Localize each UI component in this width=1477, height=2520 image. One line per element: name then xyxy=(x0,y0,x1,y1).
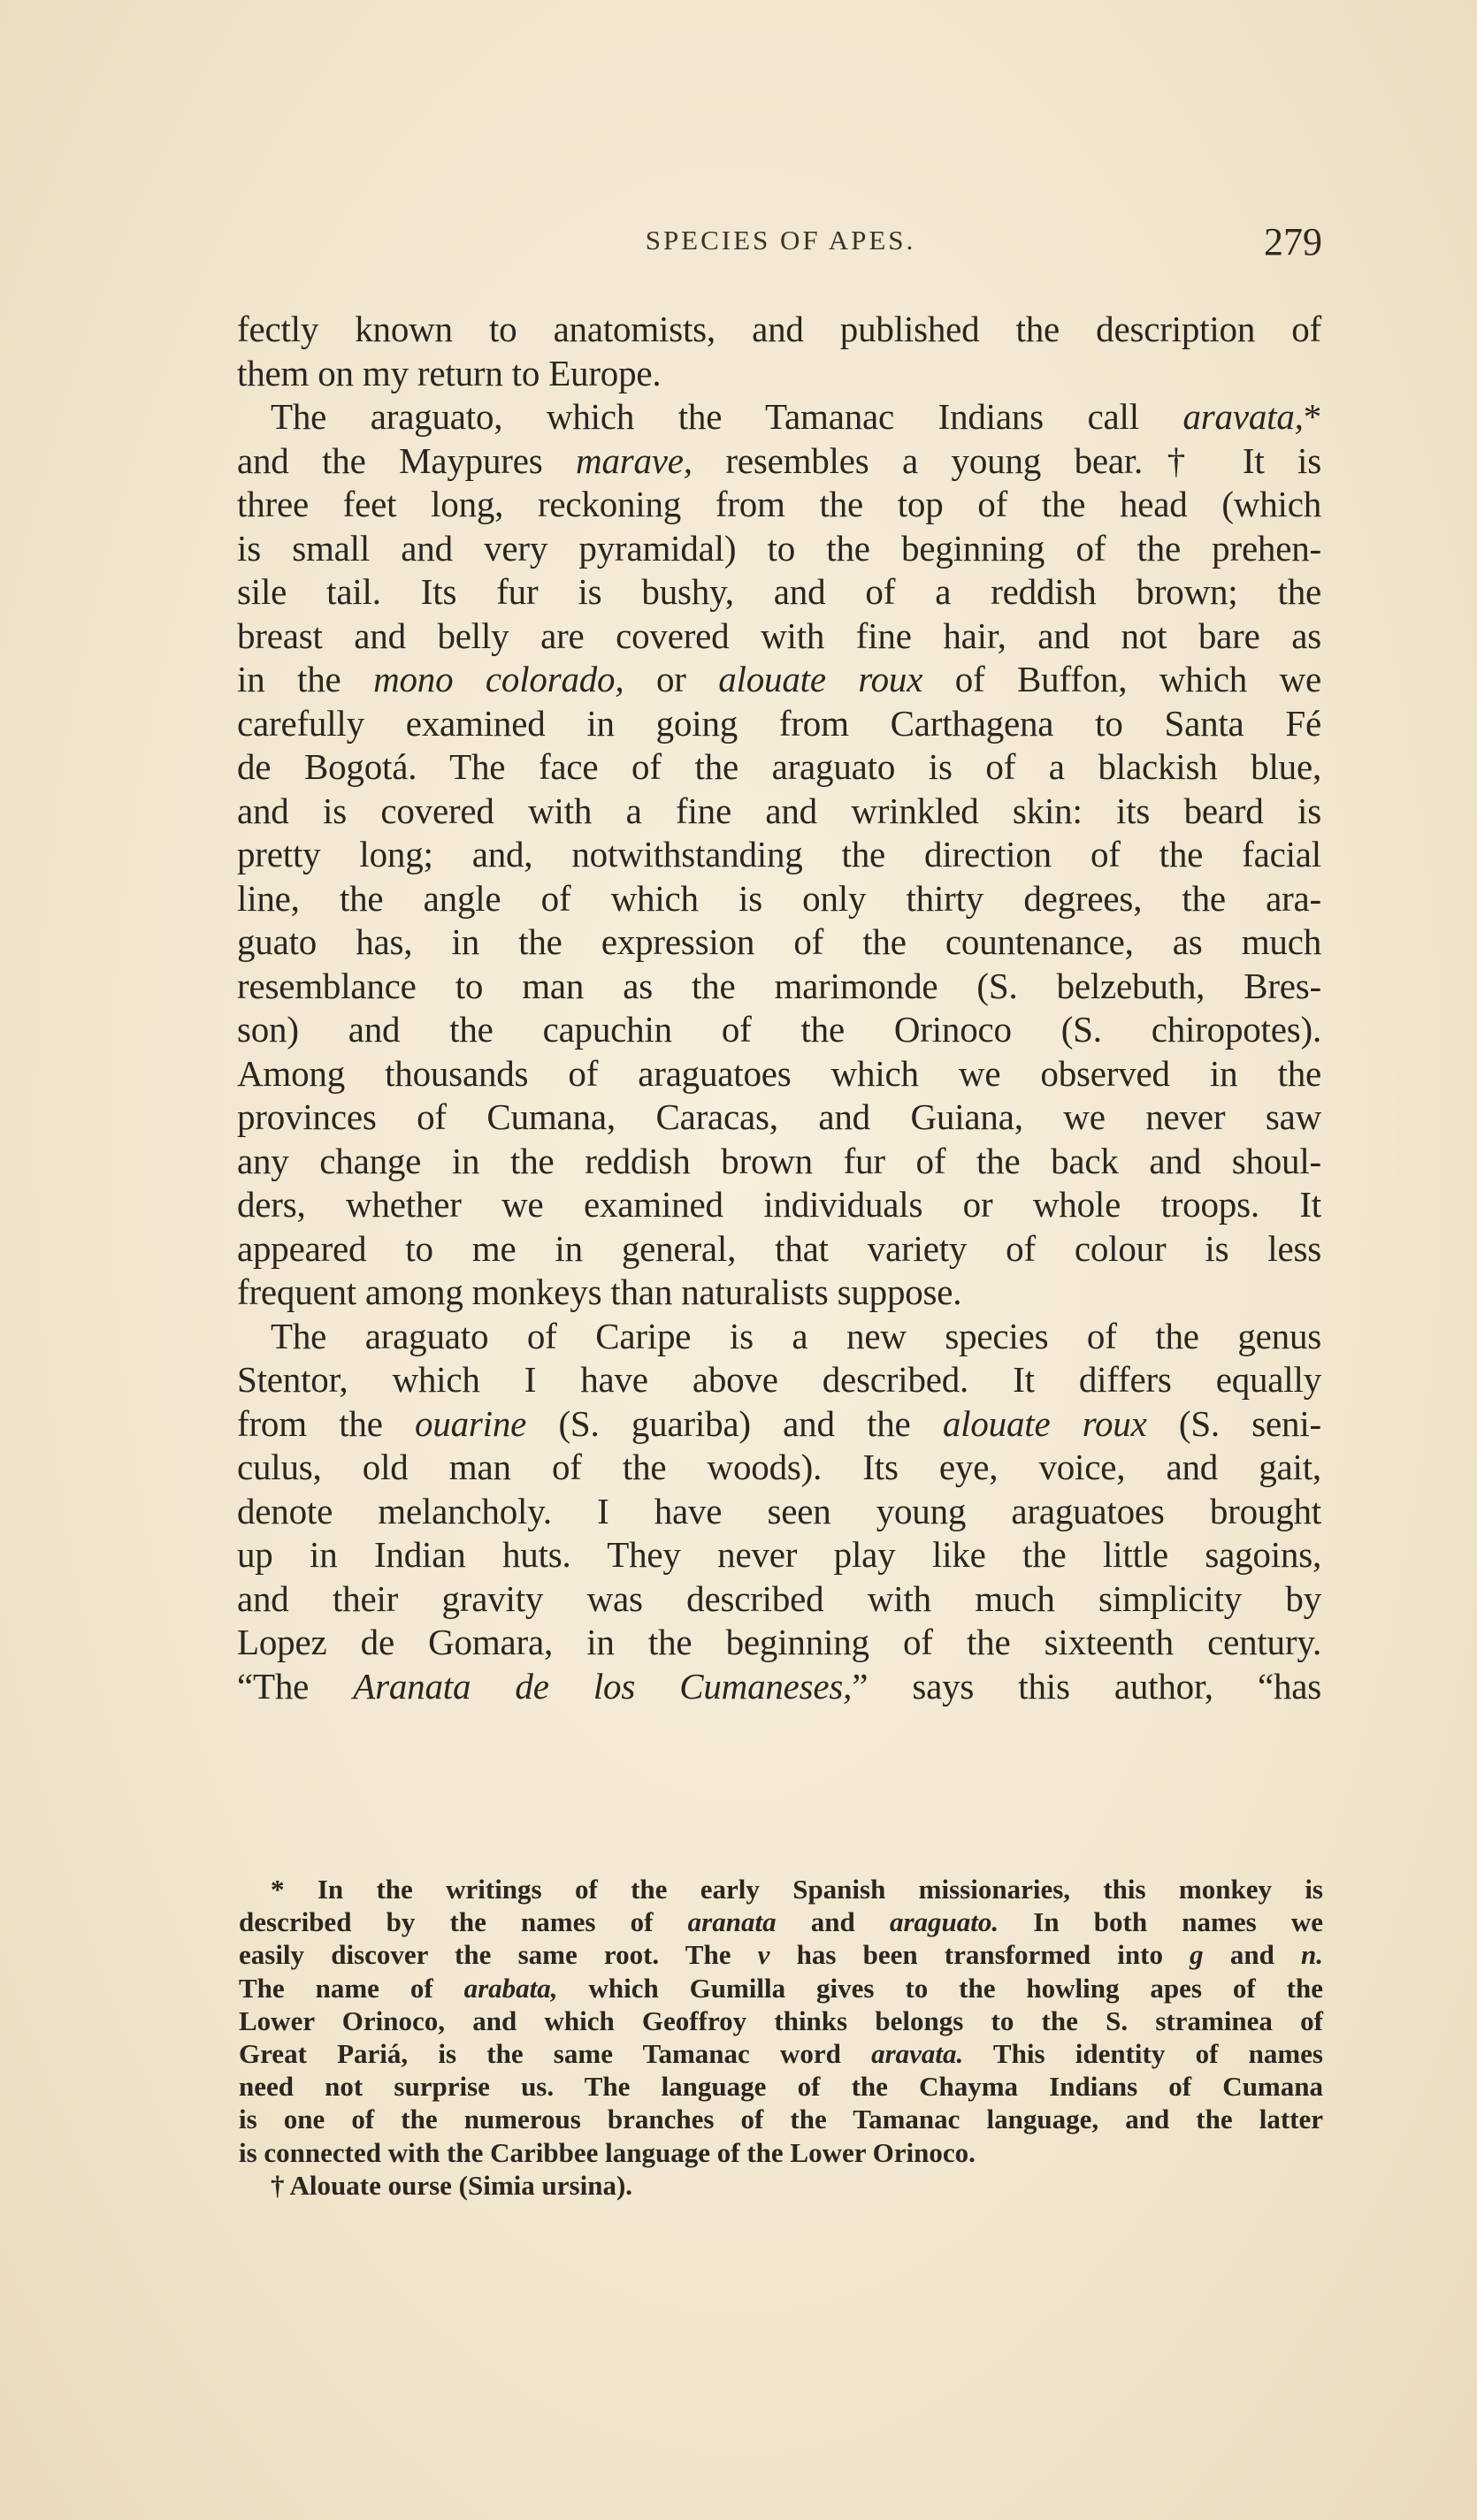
footnote-line: is one of the numerous branches of the T… xyxy=(239,2103,1323,2135)
footnote-line: * In the writings of the early Spanish m… xyxy=(239,1873,1323,1905)
footnotes: * In the writings of the early Spanish m… xyxy=(239,1873,1323,2202)
footnote-line: described by the names of aranata and ar… xyxy=(239,1905,1323,1938)
running-title: SPECIES OF APES. xyxy=(239,225,1322,256)
body-line: three feet long, reckoning from the top … xyxy=(237,483,1321,527)
body-line: and their gravity was described with muc… xyxy=(237,1577,1321,1622)
body-line: sile tail. Its fur is bushy, and of a re… xyxy=(237,570,1321,615)
body-line: appeared to me in general, that variety … xyxy=(237,1227,1321,1271)
body-line: up in Indian huts. They never play like … xyxy=(237,1533,1321,1577)
footnote-line: need not surprise us. The language of th… xyxy=(239,2070,1323,2103)
body-line: Among thousands of araguatoes which we o… xyxy=(237,1052,1321,1096)
footnote-line: † Alouate ourse (Simia ursina). xyxy=(239,2169,1323,2202)
body-line: and is covered with a fine and wrinkled … xyxy=(237,790,1321,834)
body-line: pretty long; and, notwithstanding the di… xyxy=(237,833,1321,877)
body-line: guato has, in the expression of the coun… xyxy=(237,920,1321,965)
body-line: denote melancholy. I have seen young ara… xyxy=(237,1490,1321,1534)
body-line: them on my return to Europe. xyxy=(237,352,1321,396)
body-line: culus, old man of the woods). Its eye, v… xyxy=(237,1446,1321,1490)
body-line: resemblance to man as the marimonde (S. … xyxy=(237,965,1321,1009)
body-line: in the mono colorado, or alouate roux of… xyxy=(237,658,1321,702)
body-line: line, the angle of which is only thirty … xyxy=(237,877,1321,921)
book-page: SPECIES OF APES. 279 fectly known to ana… xyxy=(0,0,1477,2520)
body-line: “The Aranata de los Cumaneses,” says thi… xyxy=(237,1665,1321,1709)
body-line: from the ouarine (S. guariba) and the al… xyxy=(237,1402,1321,1447)
body-line: son) and the capuchin of the Orinoco (S.… xyxy=(237,1008,1321,1052)
footnote-line: Great Pariá, is the same Tamanac word ar… xyxy=(239,2037,1323,2070)
body-line: any change in the reddish brown fur of t… xyxy=(237,1140,1321,1184)
body-line: and the Maypures marave, resembles a you… xyxy=(237,439,1321,484)
body-line: fectly known to anatomists, and publishe… xyxy=(237,308,1321,352)
page-number: 279 xyxy=(1264,219,1322,264)
body-line: carefully examined in going from Carthag… xyxy=(237,702,1321,746)
running-head: SPECIES OF APES. 279 xyxy=(239,219,1322,263)
body-line: breast and belly are covered with fine h… xyxy=(237,615,1321,659)
body-line: provinces of Cumana, Caracas, and Guiana… xyxy=(237,1096,1321,1140)
body-line: de Bogotá. The face of the araguato is o… xyxy=(237,745,1321,790)
body-text: fectly known to anatomists, and publishe… xyxy=(237,308,1321,1708)
footnote-line: easily discover the same root. The v has… xyxy=(239,1938,1323,1971)
footnote-line: is connected with the Caribbee language … xyxy=(239,2136,1323,2169)
body-line: Stentor, which I have above described. I… xyxy=(237,1358,1321,1402)
footnote-line: The name of arabata, which Gumilla gives… xyxy=(239,1972,1323,2005)
body-line: Lopez de Gomara, in the beginning of the… xyxy=(237,1621,1321,1665)
body-line: is small and very pyramidal) to the begi… xyxy=(237,527,1321,571)
body-line: The araguato, which the Tamanac Indians … xyxy=(237,395,1321,439)
footnote-line: Lower Orinoco, and which Geoffroy thinks… xyxy=(239,2005,1323,2037)
body-line: frequent among monkeys than naturalists … xyxy=(237,1271,1321,1315)
body-line: The araguato of Caripe is a new species … xyxy=(237,1315,1321,1359)
body-line: ders, whether we examined individuals or… xyxy=(237,1183,1321,1227)
